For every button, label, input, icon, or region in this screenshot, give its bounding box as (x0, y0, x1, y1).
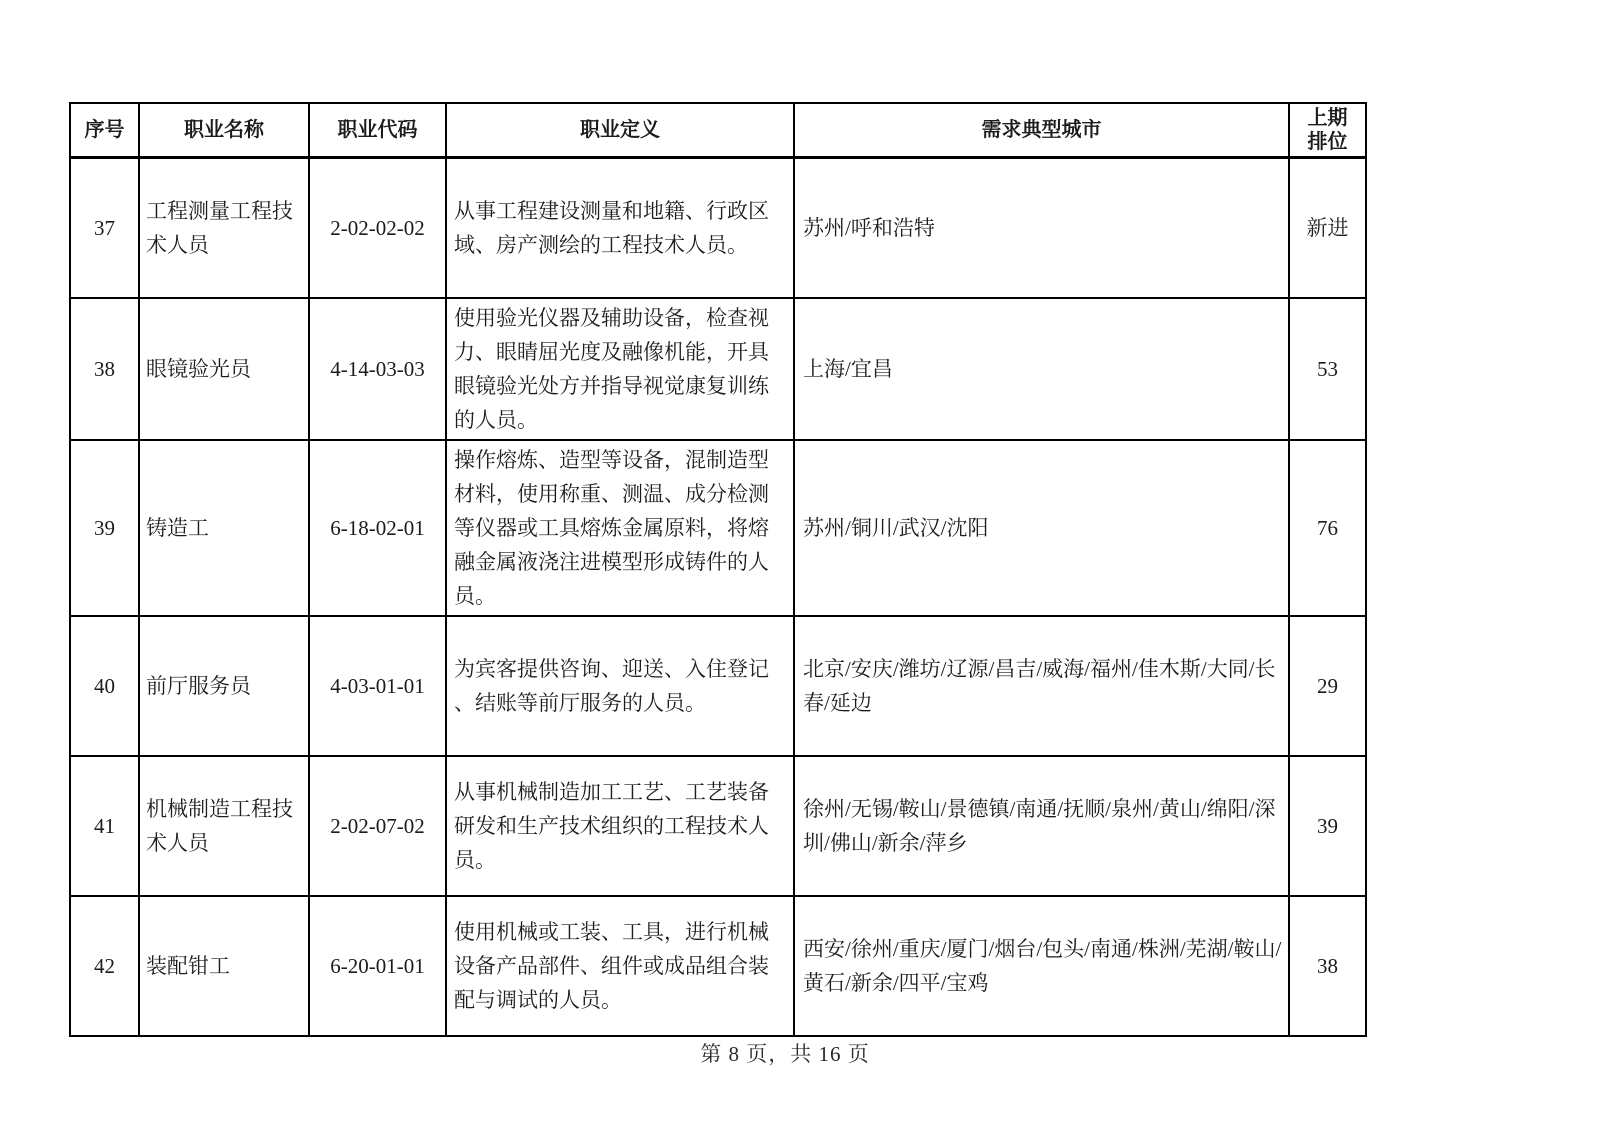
cell-demand-cities: 上海/宜昌 (794, 298, 1289, 440)
cell-occupation-code: 6-18-02-01 (309, 440, 446, 616)
cell-occupation-name: 工程测量工程技术人员 (139, 158, 309, 298)
cell-previous-rank: 39 (1289, 756, 1366, 896)
table-row: 40 前厅服务员 4-03-01-01 为宾客提供咨询、迎送、入住登记、结账等前… (70, 616, 1366, 756)
cell-occupation-code: 2-02-07-02 (309, 756, 446, 896)
cell-occupation-name: 前厅服务员 (139, 616, 309, 756)
table-row: 41 机械制造工程技术人员 2-02-07-02 从事机械制造加工工艺、工艺装备… (70, 756, 1366, 896)
occupation-rank-table: 序号 职业名称 职业代码 职业定义 需求典型城市 上期 排位 37 工程测量工程… (69, 102, 1367, 1037)
header-cell-cities: 需求典型城市 (794, 103, 1289, 158)
table-row: 39 铸造工 6-18-02-01 操作熔炼、造型等设备，混制造型材料，使用称重… (70, 440, 1366, 616)
document-page: 序号 职业名称 职业代码 职业定义 需求典型城市 上期 排位 37 工程测量工程… (0, 0, 1600, 1131)
cell-serial-number: 39 (70, 440, 139, 616)
header-row: 序号 职业名称 职业代码 职业定义 需求典型城市 上期 排位 (70, 103, 1366, 158)
cell-serial-number: 38 (70, 298, 139, 440)
cell-serial-number: 41 (70, 756, 139, 896)
cell-demand-cities: 北京/安庆/潍坊/辽源/昌吉/威海/福州/佳木斯/大同/长春/延边 (794, 616, 1289, 756)
table-row: 38 眼镜验光员 4-14-03-03 使用验光仪器及辅助设备，检查视力、眼睛屈… (70, 298, 1366, 440)
cell-occupation-definition: 操作熔炼、造型等设备，混制造型材料，使用称重、测温、成分检测等仪器或工具熔炼金属… (446, 440, 794, 616)
cell-previous-rank: 76 (1289, 440, 1366, 616)
header-cell-code: 职业代码 (309, 103, 446, 158)
header-cell-no: 序号 (70, 103, 139, 158)
cell-previous-rank: 53 (1289, 298, 1366, 440)
cell-occupation-definition: 使用验光仪器及辅助设备，检查视力、眼睛屈光度及融像机能，开具眼镜验光处方并指导视… (446, 298, 794, 440)
cell-serial-number: 37 (70, 158, 139, 298)
header-cell-definition: 职业定义 (446, 103, 794, 158)
cell-occupation-definition: 为宾客提供咨询、迎送、入住登记、结账等前厅服务的人员。 (446, 616, 794, 756)
cell-occupation-code: 4-03-01-01 (309, 616, 446, 756)
table-row: 42 装配钳工 6-20-01-01 使用机械或工装、工具，进行机械设备产品部件… (70, 896, 1366, 1036)
cell-demand-cities: 徐州/无锡/鞍山/景德镇/南通/抚顺/泉州/黄山/绵阳/深圳/佛山/新余/萍乡 (794, 756, 1289, 896)
cell-serial-number: 40 (70, 616, 139, 756)
cell-previous-rank: 38 (1289, 896, 1366, 1036)
cell-occupation-code: 4-14-03-03 (309, 298, 446, 440)
cell-occupation-definition: 从事工程建设测量和地籍、行政区域、房产测绘的工程技术人员。 (446, 158, 794, 298)
cell-occupation-code: 2-02-02-02 (309, 158, 446, 298)
cell-previous-rank: 新进 (1289, 158, 1366, 298)
header-cell-name: 职业名称 (139, 103, 309, 158)
cell-occupation-name: 机械制造工程技术人员 (139, 756, 309, 896)
cell-demand-cities: 西安/徐州/重庆/厦门/烟台/包头/南通/株洲/芜湖/鞍山/黄石/新余/四平/宝… (794, 896, 1289, 1036)
cell-occupation-definition: 使用机械或工装、工具，进行机械设备产品部件、组件或成品组合装配与调试的人员。 (446, 896, 794, 1036)
cell-serial-number: 42 (70, 896, 139, 1036)
table-row: 37 工程测量工程技术人员 2-02-02-02 从事工程建设测量和地籍、行政区… (70, 158, 1366, 298)
cell-demand-cities: 苏州/呼和浩特 (794, 158, 1289, 298)
cell-occupation-definition: 从事机械制造加工工艺、工艺装备研发和生产技术组织的工程技术人员。 (446, 756, 794, 896)
header-rank-line2: 排位 (1290, 130, 1365, 154)
cell-occupation-name: 装配钳工 (139, 896, 309, 1036)
header-cell-rank: 上期 排位 (1289, 103, 1366, 158)
cell-previous-rank: 29 (1289, 616, 1366, 756)
cell-demand-cities: 苏州/铜川/武汉/沈阳 (794, 440, 1289, 616)
cell-occupation-code: 6-20-01-01 (309, 896, 446, 1036)
page-footer: 第 8 页，共 16 页 (0, 1038, 1570, 1068)
cell-occupation-name: 铸造工 (139, 440, 309, 616)
header-rank-line1: 上期 (1290, 106, 1365, 130)
cell-occupation-name: 眼镜验光员 (139, 298, 309, 440)
